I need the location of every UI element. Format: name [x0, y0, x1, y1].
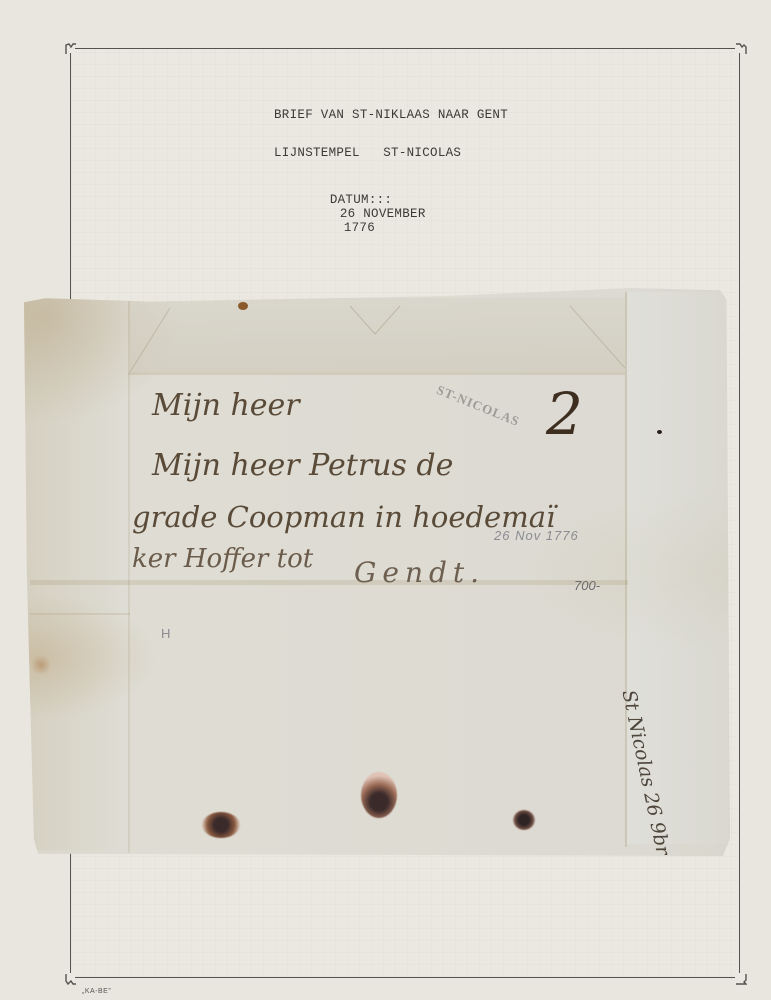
header-date-label: DATUM::: [330, 193, 392, 207]
folded-letter: Mijn heer ST-NICOLAS 2 Mijn heer Petrus … [24, 288, 730, 856]
header-date-value: 26 NOVEMBER [340, 207, 426, 221]
header-postmark-type: LIJNSTEMPEL ST-NICOLAS [274, 146, 461, 160]
fold-line [128, 372, 625, 375]
seal-remnant [202, 812, 240, 838]
header-date-year: 1776 [344, 221, 375, 235]
address-line-1: Mijn heer Petrus de [152, 448, 453, 483]
letter-top-flap [130, 298, 625, 372]
header-title: BRIEF VAN ST-NIKLAAS NAAR GENT [274, 108, 508, 122]
address-line-3: ker Hoffer tot [132, 544, 313, 574]
pencil-mark: H [161, 626, 170, 641]
pencil-price-note: 700- [574, 578, 600, 593]
fold-line [625, 292, 627, 847]
fold-line [128, 298, 130, 853]
frame-corner-notch [65, 973, 75, 983]
linear-postmark: ST-NICOLAS [434, 382, 522, 430]
letter-left-panel [24, 300, 128, 850]
address-line-2: grade Coopman in hoedemaï [132, 500, 555, 534]
album-maker-imprint: „KA-BE” [82, 988, 111, 995]
ink-dot [657, 430, 662, 434]
pencil-date-note: 26 Nov 1776 [494, 528, 579, 543]
foxing-stain [32, 654, 50, 676]
seal-remnant [513, 810, 535, 830]
header-date: DATUM::: 26 NOVEMBER 1776 [283, 179, 426, 249]
wax-mark [238, 302, 248, 310]
postage-rate-mark: 2 [546, 380, 583, 448]
seal-remnant [361, 772, 397, 818]
album-page: BRIEF VAN ST-NIKLAAS NAAR GENT LIJNSTEMP… [0, 0, 771, 1000]
letter-salutation: Mijn heer [152, 388, 300, 423]
frame-corner-notch [65, 43, 75, 53]
frame-corner-notch [735, 973, 745, 983]
frame-corner-notch [735, 43, 745, 53]
fold-line [30, 613, 130, 615]
fold-line [30, 580, 628, 585]
address-city: Gendt. [354, 556, 485, 589]
